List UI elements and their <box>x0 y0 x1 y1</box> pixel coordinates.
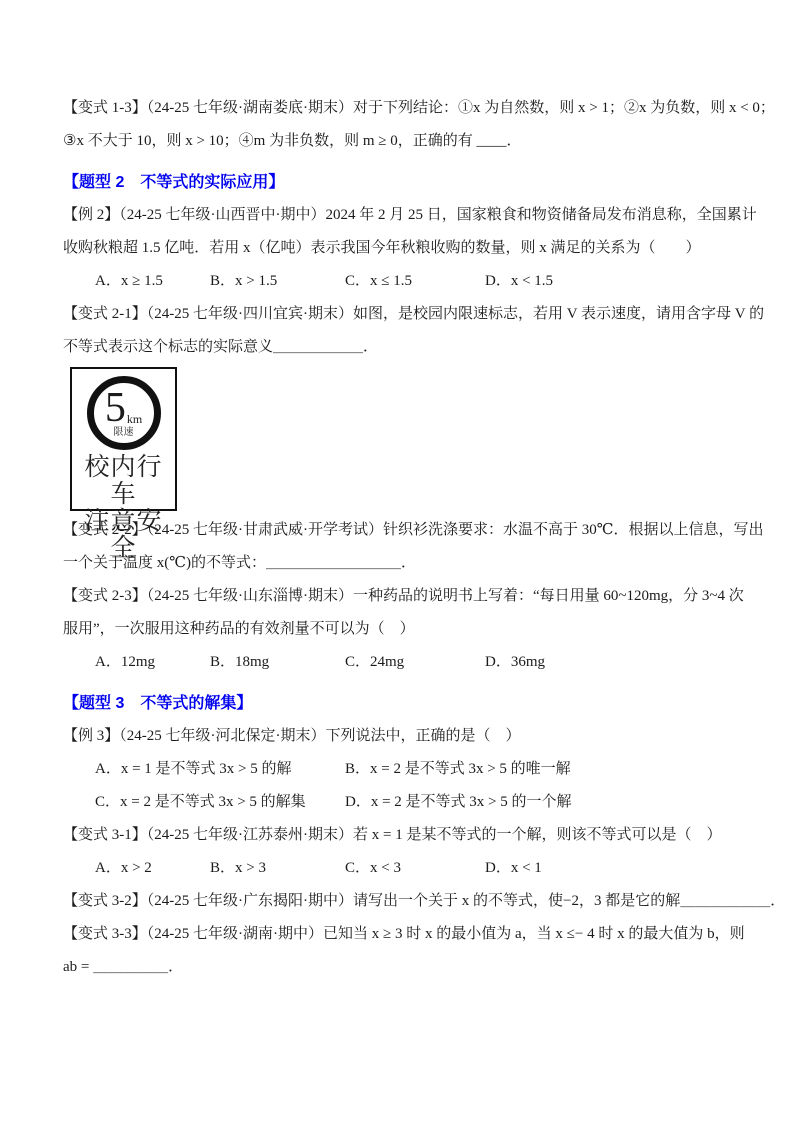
option-b: B．18mg <box>210 646 345 679</box>
sign-caption-line-1: 校内行车 <box>72 454 175 508</box>
problem-text-line: 一个关于温度 x(℃)的不等式：＿＿＿＿＿＿＿＿＿． <box>63 547 735 580</box>
problem-text-line: 【变式 3-2】（24-25 七年级·广东揭阳·期中）请写出一个关于 x 的不等… <box>63 885 735 918</box>
problem-text-line: 【变式 2-1】（24-25 七年级·四川宜宾·期末）如图，是校园内限速标志，若… <box>63 298 735 331</box>
problem-example-2: 【例 2】（24-25 七年级·山西晋中·期中）2024 年 2 月 25 日，… <box>63 199 735 298</box>
problem-example-3: 【例 3】（24-25 七年级·河北保定·期末）下列说法中，正确的是（ ） A．… <box>63 720 735 819</box>
problem-text-line: 【变式 1-3】（24-25 七年级·湖南娄底·期末）对于下列结论：①x 为自然… <box>63 92 735 125</box>
speed-limit-label: 限速 <box>114 427 134 438</box>
option-d: D．36mg <box>485 646 735 679</box>
problem-text-line: ③x 不大于 10，则 x > 10；④m 为非负数，则 m ≥ 0，正确的有 … <box>63 125 735 158</box>
option-d: D．x < 1 <box>485 852 735 885</box>
options-row: A．12mg B．18mg C．24mg D．36mg <box>63 646 735 679</box>
problem-text-line: 服用”，一次服用这种药品的有效剂量不可以为（ ） <box>63 613 735 646</box>
option-c: C．x < 3 <box>345 852 485 885</box>
problem-text-line: 【例 2】（24-25 七年级·山西晋中·期中）2024 年 2 月 25 日，… <box>63 199 735 232</box>
section-heading-type-3: 【题型 3 不等式的解集】 <box>63 687 735 720</box>
speed-number: 5 <box>105 390 126 426</box>
speed-limit-circle-icon: 5 km 限速 <box>87 376 161 450</box>
problem-text-line: 【例 3】（24-25 七年级·河北保定·期末）下列说法中，正确的是（ ） <box>63 720 735 753</box>
option-a: A．x > 2 <box>95 852 210 885</box>
options-grid: A．x = 1 是不等式 3x > 5 的解 B．x = 2 是不等式 3x >… <box>63 753 735 819</box>
option-b: B．x > 3 <box>210 852 345 885</box>
option-d: D．x = 2 是不等式 3x > 5 的一个解 <box>345 786 735 819</box>
option-c: C．24mg <box>345 646 485 679</box>
worksheet-page: 【变式 1-3】（24-25 七年级·湖南娄底·期末）对于下列结论：①x 为自然… <box>0 0 793 1122</box>
speed-limit-sign-figure: 5 km 限速 校内行车 注意安全 <box>70 367 177 511</box>
speed-limit-value: 5 km <box>105 388 142 426</box>
problem-text-line: ab = ＿＿＿＿＿． <box>63 951 735 984</box>
problem-text-line: 收购秋粮超 1.5 亿吨．若用 x（亿吨）表示我国今年秋粮收购的数量，则 x 满… <box>63 232 735 265</box>
problem-text-line: 【变式 2-2】（24-25 七年级·甘肃武威·开学考试）针织衫洗涤要求：水温不… <box>63 514 735 547</box>
problem-variant-3-2: 【变式 3-2】（24-25 七年级·广东揭阳·期中）请写出一个关于 x 的不等… <box>63 885 735 918</box>
option-a: A．x = 1 是不等式 3x > 5 的解 <box>95 753 345 786</box>
option-c: C．x ≤ 1.5 <box>345 265 485 298</box>
section-heading-type-2: 【题型 2 不等式的实际应用】 <box>63 166 735 199</box>
option-b: B．x > 1.5 <box>210 265 345 298</box>
option-b: B．x = 2 是不等式 3x > 5 的唯一解 <box>345 753 735 786</box>
problem-variant-1-3: 【变式 1-3】（24-25 七年级·湖南娄底·期末）对于下列结论：①x 为自然… <box>63 92 735 158</box>
option-d: D．x < 1.5 <box>485 265 735 298</box>
option-a: A．x ≥ 1.5 <box>95 265 210 298</box>
problem-text-line: 【变式 2-3】（24-25 七年级·山东淄博·期末）一种药品的说明书上写着：“… <box>63 580 735 613</box>
options-row: A．x > 2 B．x > 3 C．x < 3 D．x < 1 <box>63 852 735 885</box>
problem-variant-3-1: 【变式 3-1】（24-25 七年级·江苏泰州·期末）若 x = 1 是某不等式… <box>63 819 735 885</box>
options-row: A．x ≥ 1.5 B．x > 1.5 C．x ≤ 1.5 D．x < 1.5 <box>63 265 735 298</box>
problem-variant-2-1: 【变式 2-1】（24-25 七年级·四川宜宾·期末）如图，是校园内限速标志，若… <box>63 298 735 364</box>
problem-text-line: 【变式 3-1】（24-25 七年级·江苏泰州·期末）若 x = 1 是某不等式… <box>63 819 735 852</box>
option-c: C．x = 2 是不等式 3x > 5 的解集 <box>95 786 345 819</box>
problem-text-line: 不等式表示这个标志的实际意义＿＿＿＿＿＿． <box>63 331 735 364</box>
problem-variant-3-3: 【变式 3-3】（24-25 七年级·湖南·期中）已知当 x ≥ 3 时 x 的… <box>63 918 735 984</box>
problem-variant-2-3: 【变式 2-3】（24-25 七年级·山东淄博·期末）一种药品的说明书上写着：“… <box>63 580 735 679</box>
problem-text-line: 【变式 3-3】（24-25 七年级·湖南·期中）已知当 x ≥ 3 时 x 的… <box>63 918 735 951</box>
problem-variant-2-2: 【变式 2-2】（24-25 七年级·甘肃武威·开学考试）针织衫洗涤要求：水温不… <box>63 514 735 580</box>
speed-unit: km <box>127 413 142 426</box>
option-a: A．12mg <box>95 646 210 679</box>
